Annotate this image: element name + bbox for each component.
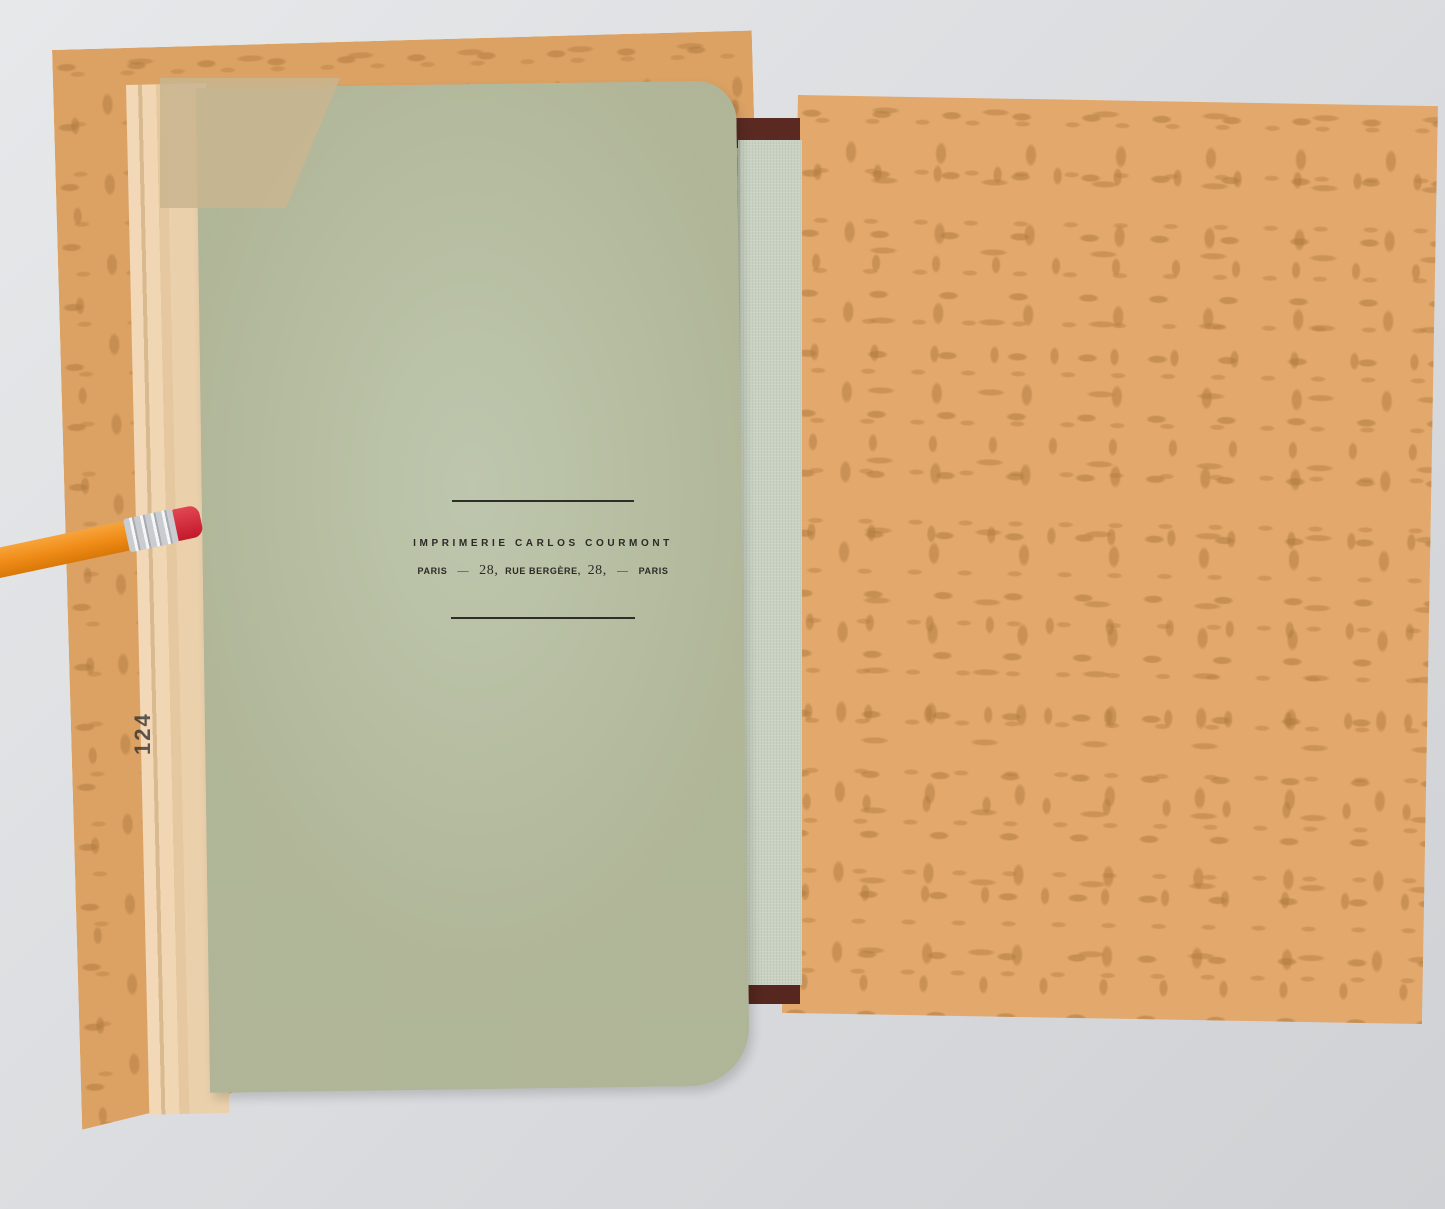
pencil-eraser [172,504,204,541]
imprint-dash-left: — [457,565,469,577]
imprint-city-left: PARIS [418,566,448,576]
imprint-rule-bottom [451,617,635,619]
imprint-address: PARIS — 28, RUE BERGÈRE, 28, — PARIS [388,563,698,579]
right-cover-board [782,95,1438,1024]
imprint-city-right: PARIS [639,566,669,576]
linen-hinge [738,140,802,985]
imprint-rule-top [452,500,634,502]
imprint-street: RUE BERGÈRE, [505,566,581,576]
imprint-number-left: 28, [479,563,498,578]
imprint-dash-right: — [617,565,629,577]
page-edge-stamp: 124 [130,675,160,755]
imprint-printer-name: IMPRIMERIE CARLOS COURMONT [388,538,698,549]
printer-imprint: IMPRIMERIE CARLOS COURMONT PARIS — 28, R… [388,500,698,619]
imprint-number-right: 28, [588,563,607,578]
